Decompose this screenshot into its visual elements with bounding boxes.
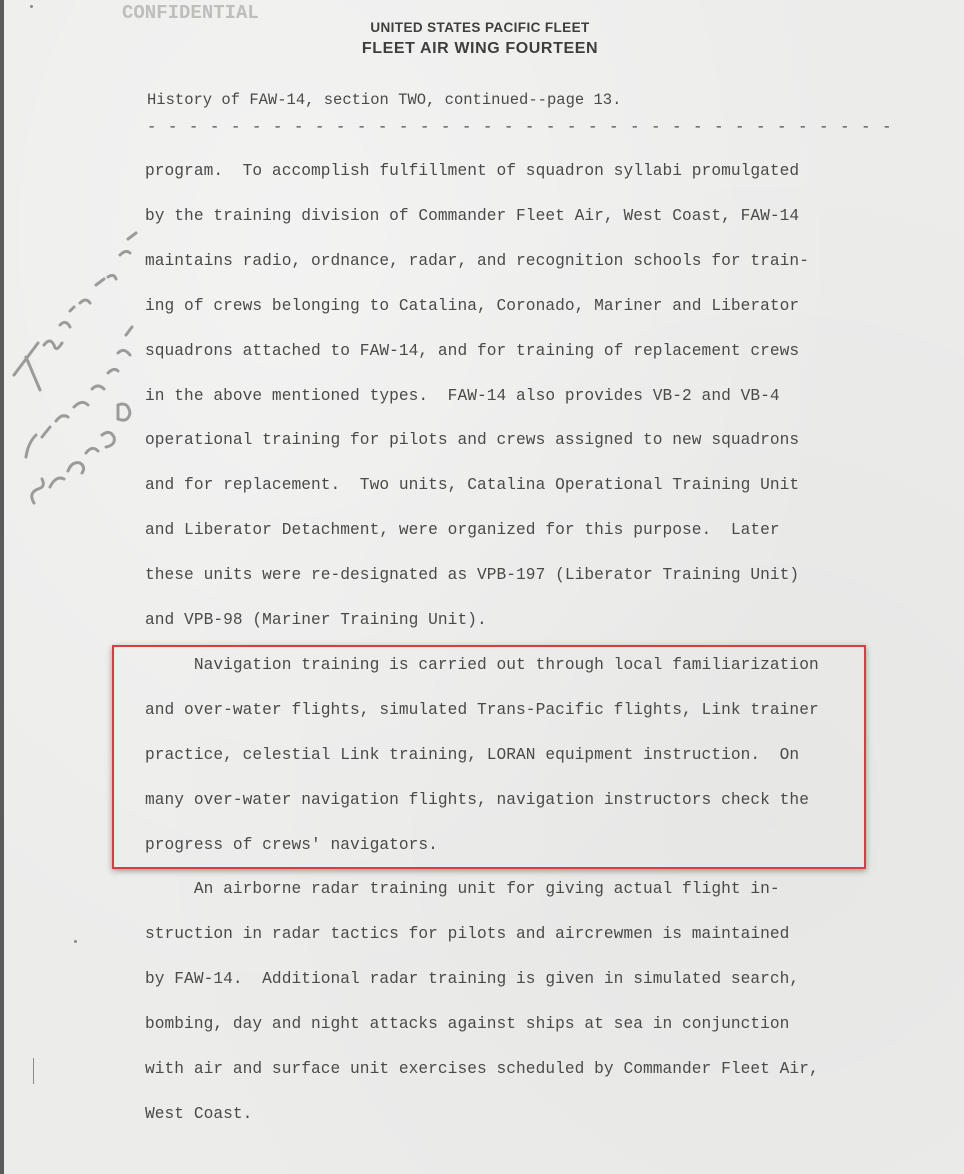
speck: [30, 5, 33, 8]
dashed-rule: - - - - - - - - - - - - - - - - - - - - …: [147, 118, 893, 136]
speck: [74, 940, 77, 943]
document-page: CONFIDENTIAL UNITED STATES PACIFIC FLEET…: [0, 0, 964, 1174]
confidential-stamp: CONFIDENTIAL: [122, 2, 259, 24]
text-line: by FAW-14. Additional radar training is …: [145, 970, 799, 988]
text-line: with air and surface unit exercises sche…: [145, 1060, 819, 1078]
text-line: ing of crews belonging to Catalina, Coro…: [145, 297, 799, 315]
text-line: West Coast.: [145, 1105, 252, 1123]
text-line: and for replacement. Two units, Catalina…: [145, 476, 799, 494]
letterhead-line-1: UNITED STATES PACIFIC FLEET: [310, 20, 650, 35]
text-line: and Liberator Detachment, were organized…: [145, 521, 780, 539]
text-line: bombing, day and night attacks against s…: [145, 1015, 789, 1033]
scan-edge: [0, 0, 4, 1174]
page-heading: History of FAW-14, section TWO, continue…: [147, 91, 621, 109]
text-line: operational training for pilots and crew…: [145, 431, 799, 449]
text-line: these units were re-designated as VPB-19…: [145, 566, 799, 584]
text-line: by the training division of Commander Fl…: [145, 207, 799, 225]
handwritten-annotation-icon: [8, 225, 148, 515]
text-line: in the above mentioned types. FAW-14 als…: [145, 387, 780, 405]
text-line: squadrons attached to FAW-14, and for tr…: [145, 342, 799, 360]
text-line: maintains radio, ordnance, radar, and re…: [145, 252, 809, 270]
text-line: and VPB-98 (Mariner Training Unit).: [145, 611, 487, 629]
text-line: struction in radar tactics for pilots an…: [145, 925, 789, 943]
text-line: An airborne radar training unit for givi…: [145, 880, 780, 898]
margin-mark: [33, 1058, 34, 1084]
text-line: program. To accomplish fulfillment of sq…: [145, 162, 799, 180]
letterhead-line-2: FLEET AIR WING FOURTEEN: [310, 40, 650, 58]
highlight-box: [112, 645, 866, 869]
